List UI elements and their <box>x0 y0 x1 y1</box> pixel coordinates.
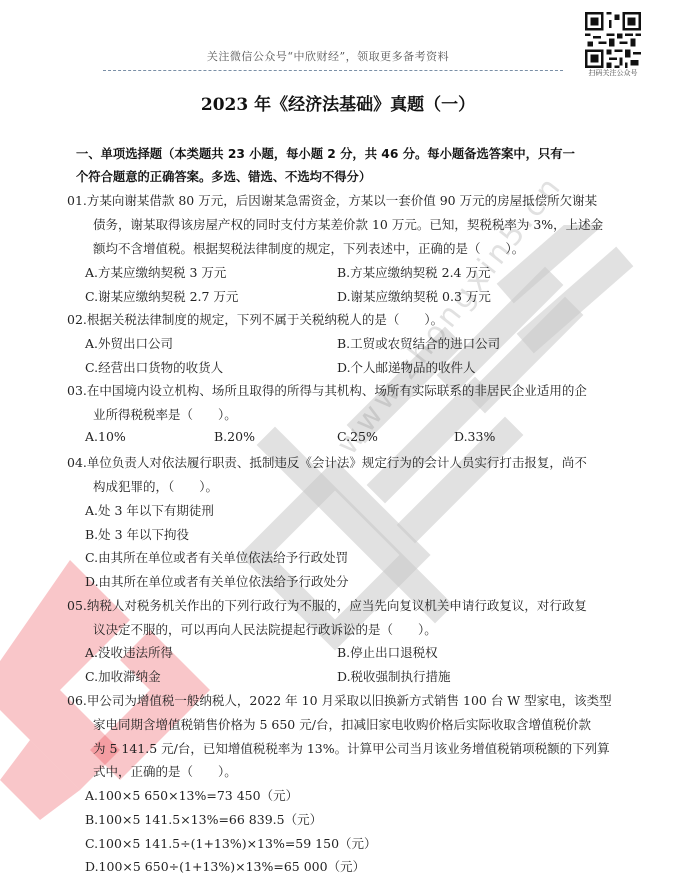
option-d[interactable]: D.100×5 650÷(1+13%)×13%=65 000（元） <box>85 857 365 875</box>
option-a[interactable]: A.处 3 年以下有期徒刑 <box>85 501 214 519</box>
header-promo-note: 关注微信公众号“中欣财经”，领取更多备考资料 <box>0 48 676 64</box>
option-a[interactable]: A.10% <box>85 429 126 444</box>
section-heading-line-2: 个符合题意的正确答案。多选、错选、不选均不得分） <box>76 167 371 185</box>
question-stem: 构成犯罪的，（ ）。 <box>93 477 218 495</box>
question-stem: 议决定不服的，可以再向人民法院提起行政诉讼的是（ ）。 <box>93 620 437 638</box>
option-a[interactable]: A.方某应缴纳契税 3 万元 <box>85 263 226 281</box>
option-c[interactable]: C.加收滞纳金 <box>85 667 161 685</box>
question-stem: 04.单位负责人对依法履行职责、抵制违反《会计法》规定行为的会计人员实行打击报复… <box>67 453 587 471</box>
question-stem: 额均不含增值税。根据契税法律制度的规定，下列表述中，正确的是（ ）。 <box>93 239 524 257</box>
option-d[interactable]: D.33% <box>454 429 495 444</box>
option-c[interactable]: C.100×5 141.5÷(1+13%)×13%=59 150（元） <box>85 834 377 852</box>
option-d[interactable]: D.税收强制执行措施 <box>337 667 451 685</box>
option-b[interactable]: B.100×5 141.5×13%=66 839.5（元） <box>85 810 322 828</box>
question-stem: 01.方某向谢某借款 80 万元，后因谢某急需资金，方某以一套价值 90 万元的… <box>67 191 597 209</box>
page-title: 2023 年《经济法基础》真题（一） <box>0 90 676 115</box>
option-b[interactable]: B.处 3 年以下拘役 <box>85 525 189 543</box>
question-stem: 债务，谢某取得该房屋产权的同时支付方某差价款 10 万元。已知，契税税率为 3%… <box>93 215 603 233</box>
option-a[interactable]: A.100×5 650×13%=73 450（元） <box>85 786 298 804</box>
option-c[interactable]: C.由其所在单位或者有关单位依法给予行政处罚 <box>85 548 348 566</box>
option-b[interactable]: B.方某应缴纳契税 2.4 万元 <box>337 263 491 281</box>
option-b[interactable]: B.工贸或农贸结合的进口公司 <box>337 334 500 352</box>
option-c[interactable]: C.谢某应缴纳契税 2.7 万元 <box>85 287 238 305</box>
section-heading-line-1: 一、单项选择题（本类题共 23 小题，每小题 2 分，共 46 分。每小题备选答… <box>76 144 575 162</box>
option-c[interactable]: C.经营出口货物的收货人 <box>85 358 223 376</box>
question-stem: 家电同期含增值税销售价格为 5 650 元/台，扣减旧家电收购价格后实际收取含增… <box>93 715 591 733</box>
question-stem: 式中，正确的是（ ）。 <box>93 762 237 780</box>
header-dashed-divider <box>103 70 563 71</box>
option-b[interactable]: B.停止出口退税权 <box>337 643 438 661</box>
option-c[interactable]: C.25% <box>337 429 378 444</box>
qr-caption: 扫码关注公众号 <box>580 68 646 78</box>
option-d[interactable]: D.个人邮递物品的收件人 <box>337 358 476 376</box>
question-stem: 业所得税税率是（ ）。 <box>93 405 237 423</box>
option-a[interactable]: A.外贸出口公司 <box>85 334 173 352</box>
option-d[interactable]: D.由其所在单位或者有关单位依法给予行政处分 <box>85 572 349 590</box>
question-stem: 为 5 141.5 元/台，已知增值税税率为 13%。计算甲公司当月该业务增值税… <box>93 739 610 757</box>
question-stem: 02.根据关税法律制度的规定，下列不属于关税纳税人的是（ ）。 <box>67 310 443 328</box>
option-b[interactable]: B.20% <box>214 429 255 444</box>
qr-code-icon[interactable] <box>585 12 641 68</box>
question-stem: 05.纳税人对税务机关作出的下列行政行为不服的，应当先向复议机关申请行政复议，对… <box>67 596 587 614</box>
option-d[interactable]: D.谢某应缴纳契税 0.3 万元 <box>337 287 491 305</box>
question-stem: 03.在中国境内设立机构、场所且取得的所得与其机构、场所有实际联系的非居民企业适… <box>67 381 587 399</box>
question-stem: 06.甲公司为增值税一般纳税人，2022 年 10 月采取以旧换新方式销售 10… <box>67 691 612 709</box>
option-a[interactable]: A.没收违法所得 <box>85 643 173 661</box>
